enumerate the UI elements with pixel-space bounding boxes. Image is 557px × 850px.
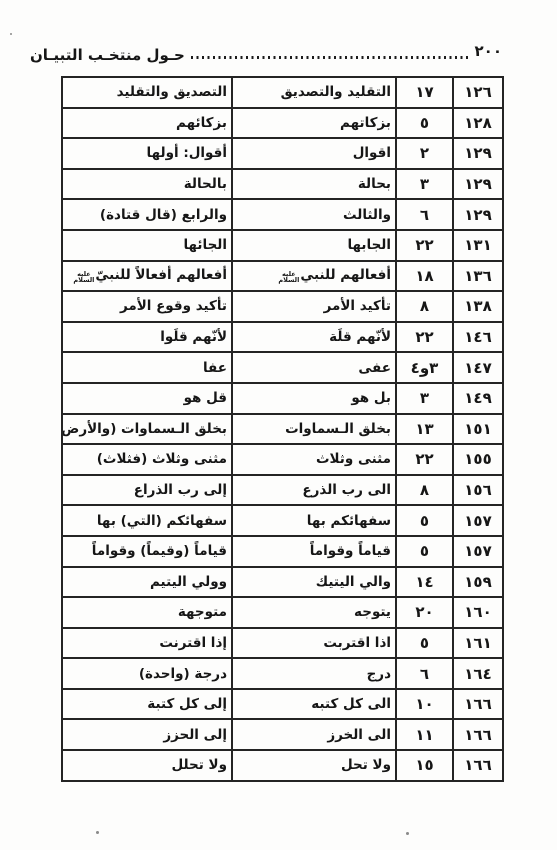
wrong-text-cell: درج xyxy=(232,658,396,689)
line-number-cell: ١٤ xyxy=(396,567,453,598)
line-number-cell: ٣ xyxy=(396,169,453,200)
correct-text-cell: إلى رب الذراع xyxy=(62,475,232,506)
wrong-text-cell: الى كل كتبه xyxy=(232,689,396,720)
errata-row: ١٦٤٦درجدرجة (واحدة) xyxy=(62,658,503,689)
correct-text-cell: الجائها xyxy=(62,230,232,261)
page-number-cell: ١٤٧ xyxy=(453,352,503,383)
errata-row: ١٤٧٣و٤عفىعفا xyxy=(62,352,503,383)
honorific-alayhis-salam: عليهالسلام xyxy=(278,271,299,285)
errata-table-body: ١٢٦١٧التقليد والتصديقالتصديق والتقليد١٢٨… xyxy=(62,77,503,781)
wrong-text-cell: أفعالهم للنبيعليهالسلام xyxy=(232,261,396,292)
page-number-cell: ١٢٦ xyxy=(453,77,503,108)
errata-row: ١٣١٢٢الجابهاالجائها xyxy=(62,230,503,261)
line-number-cell: ٢٢ xyxy=(396,322,453,353)
errata-row: ١٤٩٣بل هوقل هو xyxy=(62,383,503,414)
page-number-cell: ١٦٦ xyxy=(453,719,503,750)
errata-row: ١٥٩١٤والي اليتيكوولي اليتيم xyxy=(62,567,503,598)
line-number-cell: ١٥ xyxy=(396,750,453,781)
page-number-cell: ١٥٩ xyxy=(453,567,503,598)
correct-text-cell: قياماً (وقيماً) وقواماً xyxy=(62,536,232,567)
errata-row: ١٣٦١٨أفعالهم للنبيعليهالسلامأفعالهم أفعا… xyxy=(62,261,503,292)
wrong-text-cell: التقليد والتصديق xyxy=(232,77,396,108)
wrong-text-cell: اقوال xyxy=(232,138,396,169)
ink-speck xyxy=(96,831,99,834)
errata-row: ١٥١١٣بخلق الـسماواتبخلق الـسماوات (والأر… xyxy=(62,414,503,445)
page-number-cell: ١٣٦ xyxy=(453,261,503,292)
line-number-cell: ٣و٤ xyxy=(396,352,453,383)
correct-text-cell: بالحالة xyxy=(62,169,232,200)
wrong-text-cell: يتوجه xyxy=(232,597,396,628)
wrong-text-cell: بحالة xyxy=(232,169,396,200)
errata-row: ١٦٦١١الى الخرزإلى الحزز xyxy=(62,719,503,750)
correct-text-cell: درجة (واحدة) xyxy=(62,658,232,689)
correct-text-cell: تأكيد وقوع الأمر xyxy=(62,291,232,322)
line-number-cell: ٣ xyxy=(396,383,453,414)
line-number-cell: ١٣ xyxy=(396,414,453,445)
errata-row: ١٣٨٨تأكيد الأمرتأكيد وقوع الأمر xyxy=(62,291,503,322)
page-number-cell: ١٦٤ xyxy=(453,658,503,689)
errata-row: ١٦٦١٥ولا تحلولا تحلل xyxy=(62,750,503,781)
line-number-cell: ٦ xyxy=(396,658,453,689)
errata-row: ١٥٦٨الى رب الذرعإلى رب الذراع xyxy=(62,475,503,506)
correct-text-cell: التصديق والتقليد xyxy=(62,77,232,108)
correct-text-cell: بخلق الـسماوات (والأرض) xyxy=(62,414,232,445)
wrong-text-cell: قياماً وقواماً xyxy=(232,536,396,567)
line-number-cell: ٥ xyxy=(396,628,453,659)
wrong-text-cell: لأنّهم قلَة xyxy=(232,322,396,353)
errata-row: ١٦١٥اذا اقتربتإذا اقترنت xyxy=(62,628,503,659)
errata-row: ١٢٩٦والثالثوالرابع (قال قتادة) xyxy=(62,199,503,230)
wrong-text-cell: والثالث xyxy=(232,199,396,230)
line-number-cell: ١٨ xyxy=(396,261,453,292)
correct-text-cell: متوجهة xyxy=(62,597,232,628)
page-number-cell: ١٤٩ xyxy=(453,383,503,414)
line-number-cell: ٢٢ xyxy=(396,230,453,261)
errata-row: ١٥٥٢٢مثنى وثلاثمثنى وثلاث (فثلاث) xyxy=(62,444,503,475)
header-title: حـول منتخـب التبيـان xyxy=(30,46,185,64)
ink-speck xyxy=(406,832,409,835)
page-number-cell: ١٦٦ xyxy=(453,689,503,720)
wrong-text-cell: بخلق الـسماوات xyxy=(232,414,396,445)
page-number-cell: ١٥١ xyxy=(453,414,503,445)
line-number-cell: ١٧ xyxy=(396,77,453,108)
line-number-cell: ٥ xyxy=(396,108,453,139)
errata-row: ١٥٧٥قياماً وقواماًقياماً (وقيماً) وقواما… xyxy=(62,536,503,567)
correct-text-cell: إلى الحزز xyxy=(62,719,232,750)
wrong-text-cell: والي اليتيك xyxy=(232,567,396,598)
line-number-cell: ١٠ xyxy=(396,689,453,720)
ink-speck xyxy=(10,33,12,35)
line-number-cell: ٥ xyxy=(396,536,453,567)
honorific-alayhis-salam: عليهالسلام xyxy=(73,271,94,285)
page-number-cell: ١٤٦ xyxy=(453,322,503,353)
page-number-cell: ١٣٨ xyxy=(453,291,503,322)
line-number-cell: ٨ xyxy=(396,291,453,322)
wrong-text-cell: بل هو xyxy=(232,383,396,414)
wrong-text-cell: تأكيد الأمر xyxy=(232,291,396,322)
page-number-cell: ١٥٧ xyxy=(453,536,503,567)
wrong-text-cell: الجابها xyxy=(232,230,396,261)
wrong-text-cell: مثنى وثلاث xyxy=(232,444,396,475)
correct-text-cell: وولي اليتيم xyxy=(62,567,232,598)
correct-text-cell: قل هو xyxy=(62,383,232,414)
page-number-cell: ١٢٩ xyxy=(453,199,503,230)
page-number: ٢٠٠ xyxy=(475,42,502,64)
dotted-leader xyxy=(191,56,469,59)
correct-text-cell: لأنّهم قلَوا xyxy=(62,322,232,353)
correct-text-cell: إذا اقترنت xyxy=(62,628,232,659)
page-number-cell: ١٥٥ xyxy=(453,444,503,475)
page-header: حـول منتخـب التبيـان ٢٠٠ xyxy=(30,38,502,64)
wrong-text-cell: بزكاتهم xyxy=(232,108,396,139)
wrong-text-cell: اذا اقتربت xyxy=(232,628,396,659)
correct-text-cell: والرابع (قال قتادة) xyxy=(62,199,232,230)
line-number-cell: ١١ xyxy=(396,719,453,750)
correct-text-cell: سفهائكم (التي) بها xyxy=(62,505,232,536)
page-number-cell: ١٥٧ xyxy=(453,505,503,536)
errata-row: ١٤٦٢٢لأنّهم قلَةلأنّهم قلَوا xyxy=(62,322,503,353)
page-number-cell: ١٢٨ xyxy=(453,108,503,139)
page-number-cell: ١٥٦ xyxy=(453,475,503,506)
wrong-text-cell: عفى xyxy=(232,352,396,383)
correct-text-cell: إلى كل كتبة xyxy=(62,689,232,720)
correct-text-cell: أفعالهم أفعالاً للنبيّعليهالسلام xyxy=(62,261,232,292)
page-number-cell: ١٢٩ xyxy=(453,138,503,169)
errata-row: ١٦٠٢٠يتوجهمتوجهة xyxy=(62,597,503,628)
correct-text-cell: ولا تحلل xyxy=(62,750,232,781)
errata-row: ١٥٧٥سفهائكم بهاسفهائكم (التي) بها xyxy=(62,505,503,536)
line-number-cell: ٢ xyxy=(396,138,453,169)
errata-table: ١٢٦١٧التقليد والتصديقالتصديق والتقليد١٢٨… xyxy=(61,76,504,782)
page-number-cell: ١٣١ xyxy=(453,230,503,261)
wrong-text-cell: الى رب الذرع xyxy=(232,475,396,506)
wrong-text-cell: سفهائكم بها xyxy=(232,505,396,536)
errata-row: ١٢٦١٧التقليد والتصديقالتصديق والتقليد xyxy=(62,77,503,108)
errata-row: ١٢٩٣بحالةبالحالة xyxy=(62,169,503,200)
line-number-cell: ٨ xyxy=(396,475,453,506)
correct-text-cell: أقوال: أولها xyxy=(62,138,232,169)
page-number-cell: ١٦٦ xyxy=(453,750,503,781)
line-number-cell: ٥ xyxy=(396,505,453,536)
page-number-cell: ١٦٠ xyxy=(453,597,503,628)
correct-text-cell: عفا xyxy=(62,352,232,383)
page-number-cell: ١٦١ xyxy=(453,628,503,659)
line-number-cell: ٢٠ xyxy=(396,597,453,628)
line-number-cell: ٢٢ xyxy=(396,444,453,475)
errata-row: ١٢٩٢اقوالأقوال: أولها xyxy=(62,138,503,169)
errata-row: ١٢٨٥بزكاتهمبزكائهم xyxy=(62,108,503,139)
line-number-cell: ٦ xyxy=(396,199,453,230)
correct-text-cell: بزكائهم xyxy=(62,108,232,139)
wrong-text-cell: ولا تحل xyxy=(232,750,396,781)
page-number-cell: ١٢٩ xyxy=(453,169,503,200)
wrong-text-cell: الى الخرز xyxy=(232,719,396,750)
errata-row: ١٦٦١٠الى كل كتبهإلى كل كتبة xyxy=(62,689,503,720)
correct-text-cell: مثنى وثلاث (فثلاث) xyxy=(62,444,232,475)
